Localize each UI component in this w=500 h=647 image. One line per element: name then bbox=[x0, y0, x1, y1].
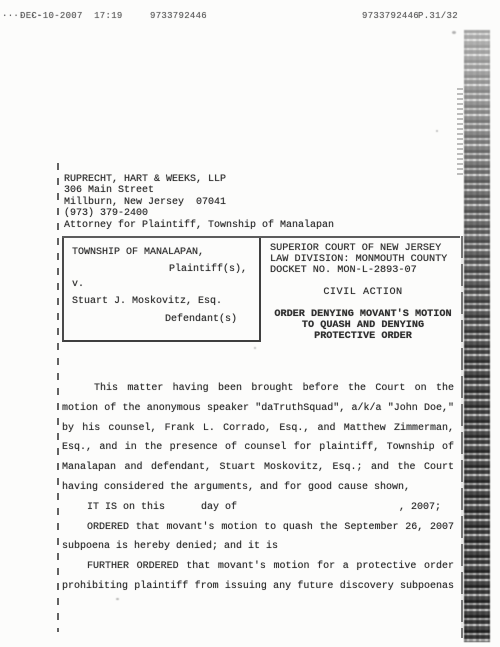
attorney-for-line: Attorney for Plaintiff, Township of Mana… bbox=[64, 220, 364, 231]
court-division: LAW DIVISION: MONMOUTH COUNTY bbox=[270, 254, 456, 265]
right-edge-fax-streak-artifact bbox=[464, 30, 490, 642]
body-line: subpoena is hereby denied; and it is bbox=[62, 537, 454, 557]
body-line: motion of the anonymous speaker "daTruth… bbox=[62, 399, 454, 419]
fax-page-indicator: P.31/32 bbox=[418, 11, 458, 21]
fax-transmission-header: ···· ·· DEC-10-2007 17:19 9733792446 973… bbox=[0, 0, 500, 26]
body-line: FURTHER ORDERED that movant's motion for… bbox=[62, 557, 454, 577]
body-line: prohibiting plaintiff from issuing any f… bbox=[62, 577, 454, 597]
defendant-designation: Defendant(s) bbox=[165, 314, 237, 325]
body-line: having considered the arguments, and for… bbox=[62, 478, 454, 498]
right-margin-scan-line-artifact bbox=[461, 236, 463, 638]
plaintiff-name: TOWNSHIP OF MANALAPAN, bbox=[72, 247, 204, 258]
body-line: This matter having been brought before t… bbox=[62, 379, 454, 399]
scan-speck bbox=[116, 598, 119, 600]
caption-court-block: SUPERIOR COURT OF NEW JERSEY LAW DIVISIO… bbox=[270, 243, 456, 342]
left-margin-scan-line-artifact bbox=[57, 163, 59, 632]
fax-document-page: ···· ·· DEC-10-2007 17:19 9733792446 973… bbox=[0, 0, 500, 647]
firm-city-state-zip: Millburn, New Jersey 07041 bbox=[64, 197, 364, 208]
order-body-text: This matter having been brought before t… bbox=[62, 379, 454, 597]
docket-number: DOCKET NO. MON-L-2893-07 bbox=[270, 265, 456, 276]
body-line: by his counsel, Frank L. Corrado, Esq., … bbox=[62, 419, 454, 439]
order-title-line-2: TO QUASH AND DENYING bbox=[270, 320, 456, 331]
scan-speck bbox=[436, 130, 438, 132]
right-edge-noise-artifact bbox=[457, 88, 463, 176]
body-line-date-blank: IT IS on this day of , 2007; bbox=[62, 498, 454, 518]
fax-sender-number: 9733792446 bbox=[150, 11, 207, 21]
fax-station-number: 9733792446 bbox=[362, 11, 419, 21]
firm-phone-number: (973) 379-2400 bbox=[64, 208, 364, 219]
firm-street-address: 306 Main Street bbox=[64, 185, 364, 196]
order-title-line-1: ORDER DENYING MOVANT'S MOTION bbox=[270, 309, 456, 320]
order-title-line-3: PROTECTIVE ORDER bbox=[270, 331, 456, 342]
versus-label: v. bbox=[72, 279, 84, 290]
defendant-name: Stuart J. Moskovitz, Esq. bbox=[72, 296, 222, 307]
firm-name: RUPRECHT, HART & WEEKS, LLP bbox=[64, 174, 364, 185]
attorney-block: RUPRECHT, HART & WEEKS, LLP 306 Main Str… bbox=[64, 174, 364, 231]
body-line: Esq., and in the presence of counsel for… bbox=[62, 438, 454, 458]
body-line: ORDERED that movant's motion to quash th… bbox=[62, 518, 454, 538]
plaintiff-designation: Plaintiff(s), bbox=[169, 264, 247, 275]
scan-speck bbox=[452, 31, 456, 34]
civil-action-label: CIVIL ACTION bbox=[270, 287, 456, 298]
court-name: SUPERIOR COURT OF NEW JERSEY bbox=[270, 243, 456, 254]
caption-parties-box: TOWNSHIP OF MANALAPAN, Plaintiff(s), v. … bbox=[62, 238, 261, 342]
fax-date-time: DEC-10-2007 17:19 bbox=[20, 11, 123, 21]
scan-speck bbox=[254, 347, 256, 349]
body-line: Manalapan and defendant, Stuart Moskovit… bbox=[62, 458, 454, 478]
